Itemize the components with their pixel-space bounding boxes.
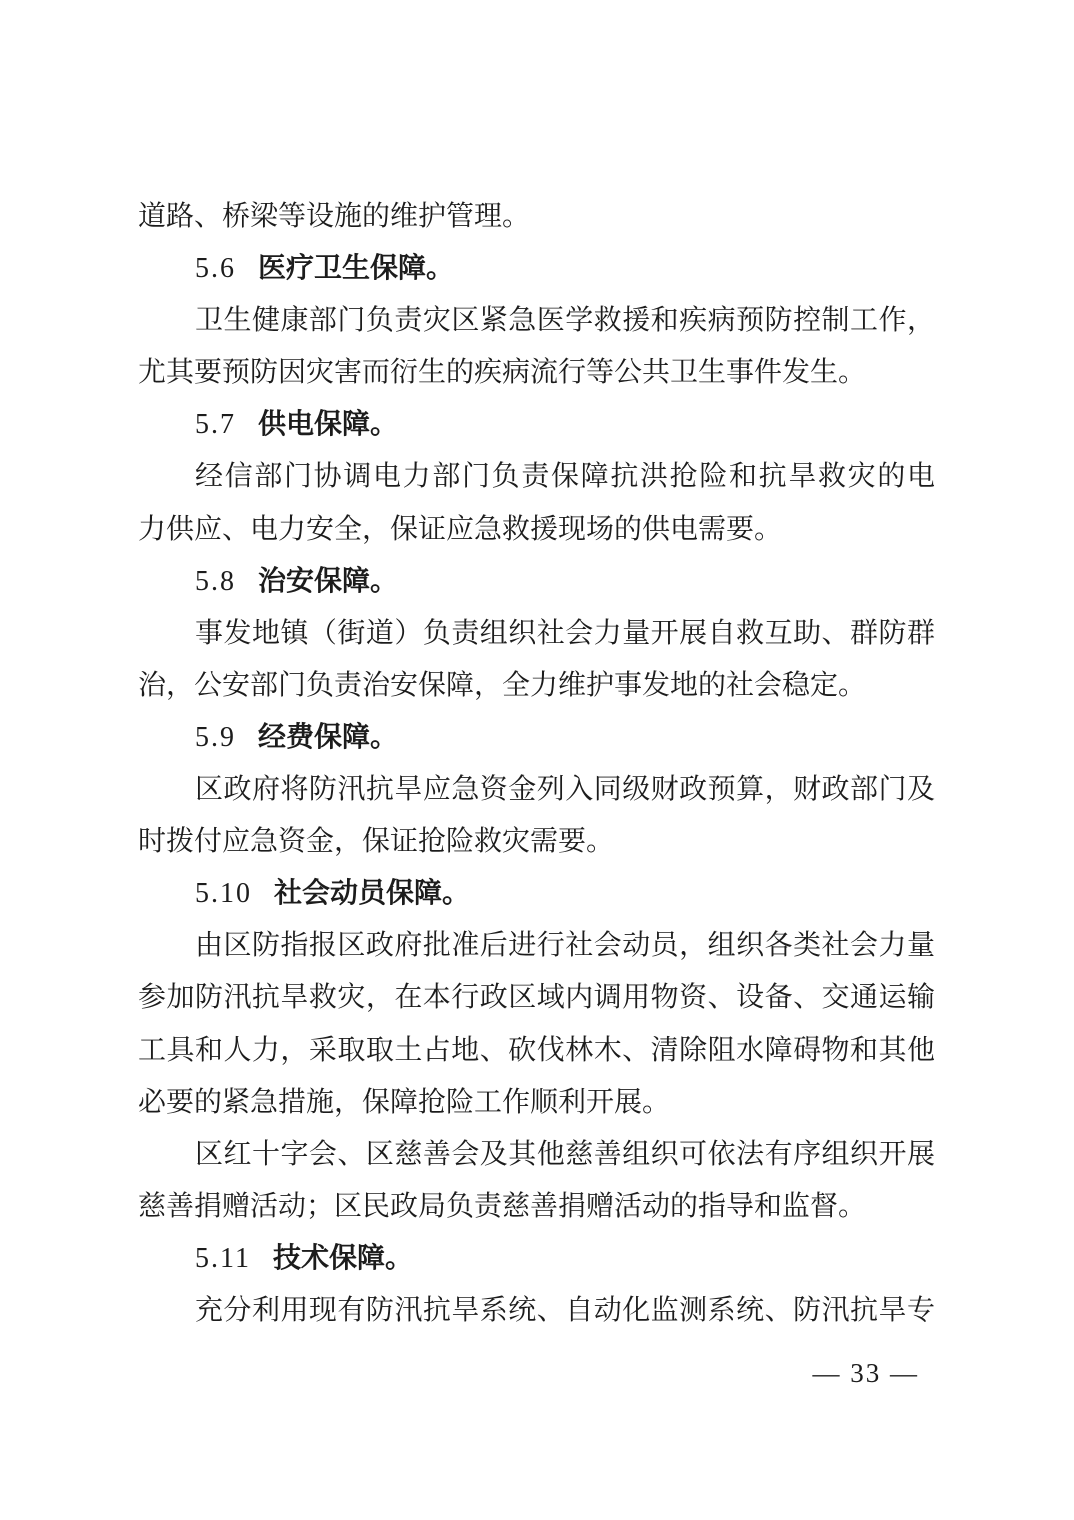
section-heading-5-9: 5.9经费保障。: [138, 712, 935, 764]
page-number: — 33 —: [813, 1356, 920, 1390]
text-line: 慈善捐赠活动；区民政局负责慈善捐赠活动的指导和监督。: [138, 1181, 935, 1233]
heading-number: 5.10: [195, 878, 252, 909]
text-line: 工具和人力，采取取土占地、砍伐林木、清除阻水障碍物和其他: [138, 1025, 935, 1077]
text-line: 治，公安部门负责治安保障，全力维护事发地的社会稳定。: [138, 660, 935, 712]
text-line: 道路、桥梁等设施的维护管理。: [138, 191, 935, 243]
section-heading-5-10: 5.10社会动员保障。: [138, 868, 935, 920]
heading-number: 5.6: [195, 253, 236, 284]
heading-title: 经费保障。: [258, 722, 398, 753]
section-heading-5-11: 5.11技术保障。: [138, 1233, 935, 1285]
document-page: 道路、桥梁等设施的维护管理。 5.6医疗卫生保障。 卫生健康部门负责灾区紧急医学…: [0, 0, 1074, 1520]
heading-title: 社会动员保障。: [274, 878, 470, 909]
heading-number: 5.11: [195, 1243, 251, 1274]
document-body: 道路、桥梁等设施的维护管理。 5.6医疗卫生保障。 卫生健康部门负责灾区紧急医学…: [138, 191, 935, 1337]
heading-title: 技术保障。: [273, 1243, 413, 1274]
text-line: 参加防汛抗旱救灾，在本行政区域内调用物资、设备、交通运输: [138, 972, 935, 1024]
text-line: 必要的紧急措施，保障抢险工作顺利开展。: [138, 1077, 935, 1129]
heading-title: 供电保障。: [258, 409, 398, 440]
text-line: 经信部门协调电力部门负责保障抗洪抢险和抗旱救灾的电: [138, 451, 935, 503]
text-line: 卫生健康部门负责灾区紧急医学救援和疾病预防控制工作，: [138, 295, 935, 347]
heading-number: 5.7: [195, 409, 236, 440]
text-line: 区政府将防汛抗旱应急资金列入同级财政预算，财政部门及: [138, 764, 935, 816]
section-heading-5-6: 5.6医疗卫生保障。: [138, 243, 935, 295]
text-line: 充分利用现有防汛抗旱系统、自动化监测系统、防汛抗旱专: [138, 1285, 935, 1337]
text-line: 由区防指报区政府批准后进行社会动员，组织各类社会力量: [138, 920, 935, 972]
heading-number: 5.8: [195, 566, 236, 597]
text-line: 力供应、电力安全，保证应急救援现场的供电需要。: [138, 504, 935, 556]
section-heading-5-7: 5.7供电保障。: [138, 399, 935, 451]
text-line: 事发地镇（街道）负责组织社会力量开展自救互助、群防群: [138, 608, 935, 660]
section-heading-5-8: 5.8治安保障。: [138, 556, 935, 608]
text-line: 区红十字会、区慈善会及其他慈善组织可依法有序组织开展: [138, 1129, 935, 1181]
heading-number: 5.9: [195, 722, 236, 753]
text-line: 尤其要预防因灾害而衍生的疾病流行等公共卫生事件发生。: [138, 347, 935, 399]
heading-title: 医疗卫生保障。: [258, 253, 454, 284]
text-line: 时拨付应急资金，保证抢险救灾需要。: [138, 816, 935, 868]
heading-title: 治安保障。: [258, 566, 398, 597]
